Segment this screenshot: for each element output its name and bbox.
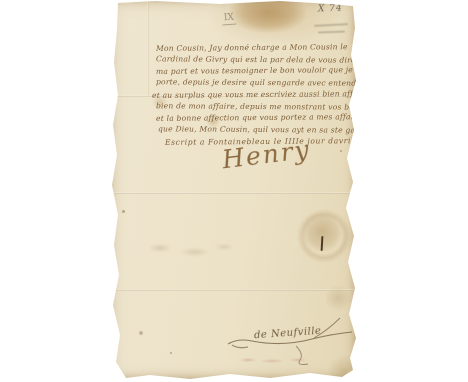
seal-ink-mark <box>321 236 324 251</box>
ink-show-through <box>140 238 236 260</box>
inventory-number: X 74 <box>318 4 343 15</box>
faint-pencil-inscription <box>238 357 312 364</box>
pencil-note-line <box>314 23 348 27</box>
fold-crease-middle <box>112 192 354 194</box>
pencil-note-line <box>318 31 345 34</box>
manuscript-line: et au surplus que vous me escriviez auss… <box>152 88 358 102</box>
signature-flourish <box>226 314 356 374</box>
fold-crease-vertical <box>147 0 149 97</box>
pencil-numeral-mark: IX <box>222 13 237 26</box>
foxing-speck <box>340 150 342 152</box>
manuscript-line: que Dieu, Mon Cousin, quil vous ayt en s… <box>158 123 358 136</box>
letter-body: Mon Cousin, Jay donné charge a Mon Cousi… <box>156 42 358 147</box>
manuscript-sheet: IX X 74 Mon Cousin, Jay donné charge a M… <box>110 0 358 381</box>
photograph-of-manuscript: IX X 74 Mon Cousin, Jay donné charge a M… <box>0 0 468 382</box>
fold-crease-lower <box>112 289 354 291</box>
countersignature-block: de Neufville <box>226 314 356 374</box>
foxing-speck <box>122 210 125 213</box>
foxing-speck <box>170 352 172 354</box>
